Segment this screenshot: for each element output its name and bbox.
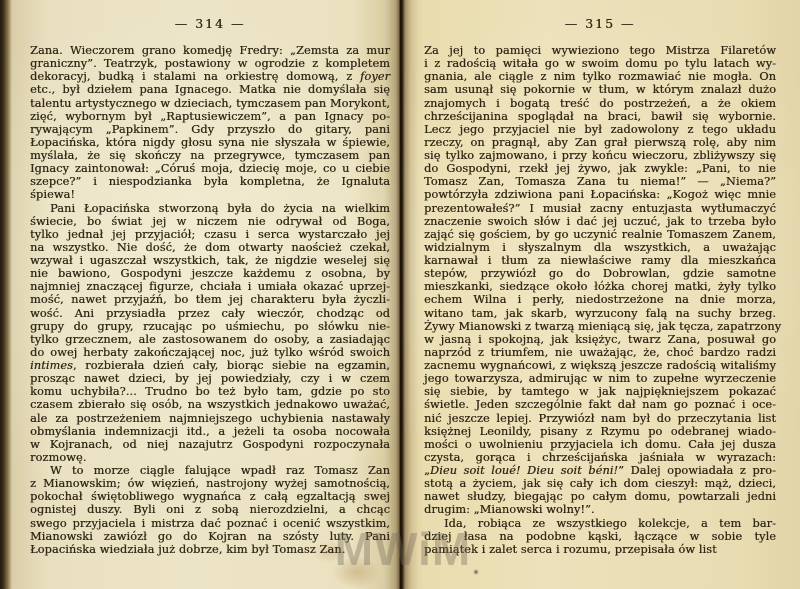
text-line: Żywy Mianowski z twarzą mieniącą się, ja… xyxy=(424,320,776,333)
text-line: rozmowę. xyxy=(30,451,390,464)
text-line: dekoracyj, budką i stalami na orkiestrę … xyxy=(30,70,390,83)
text-line: echem Wilna i perły, niedostrzeżone na d… xyxy=(424,293,776,306)
paragraph: Zana. Wieczorem grano komedję Fredry: „Z… xyxy=(30,44,390,202)
text-line: grupy do grupy, rzucając po uśmiechu, po… xyxy=(30,320,390,333)
text-line: powtórzyła zdziwiona pani Łopacińska: „K… xyxy=(424,188,776,201)
text-line: gnania, ale ciągle z nim tylko rozmawiać… xyxy=(424,70,776,83)
text-line: tylko grzecznem, ale zastosowanem do oso… xyxy=(30,333,390,346)
paragraph: Pani Łopacińska stworzoną była do życia … xyxy=(30,202,390,465)
text-line: prosząc nawet dzieci, by jej powiedziały… xyxy=(30,372,390,385)
text-line: nawet słudzy, biegając po całym domu, po… xyxy=(424,490,776,503)
text-line: szepce?” i niespodzianka była kompletna,… xyxy=(30,175,390,188)
text-line: Ida, robiąca ze wszystkiego kolekcje, a … xyxy=(424,517,776,530)
text-line: pokochał świętobliwego wygnańca z całą e… xyxy=(30,490,390,503)
text-line: dziej łasa na podobne kąski, łączące w s… xyxy=(424,530,776,543)
text-line: do owej herbaty zakończającej noc, już t… xyxy=(30,346,390,359)
text-line: wzywał i ugaszczał wszystkich, tak, że n… xyxy=(30,254,390,267)
text-line: rywającym „Papkinem”. Gdy przyszło do gi… xyxy=(30,123,390,136)
text-line: ale za postrzeżeniem najmniejszego uchyb… xyxy=(30,412,390,425)
text-line: w jasną i spokojną, jak księżyc, twarz Z… xyxy=(424,333,776,346)
text-line: Zana. Wieczorem grano komedję Fredry: „Z… xyxy=(30,44,390,57)
right-page-text: Za jej to pamięci wywieziono tego Mistrz… xyxy=(424,44,776,556)
right-page: — 315 — Za jej to pamięci wywieziono teg… xyxy=(424,16,776,556)
text-line: myślała, że się skończy na przegrywce, t… xyxy=(30,149,390,162)
book-scan: { "watermark": "MWiM", "italic_phrases":… xyxy=(0,0,800,589)
text-line: prezentowałeś?” I musiał zacny entuzjast… xyxy=(424,202,776,215)
text-line: chrześcijanina spoglądał na braci, bawił… xyxy=(424,110,776,123)
text-line: czysta, gorąca i chrześcijańska jaśniała… xyxy=(424,451,776,464)
text-line: intimes, rozbierała dzień cały, biorąc s… xyxy=(30,359,390,372)
text-line: widzialnym i słyszalnym dla wszystkich, … xyxy=(424,241,776,254)
left-page: — 314 — Zana. Wieczorem grano komedję Fr… xyxy=(30,16,390,556)
page-number-left: — 314 — xyxy=(30,16,390,31)
text-line: stepów, przywiózł go do Dobrowlan, gdzie… xyxy=(424,267,776,280)
text-line: sam usunął się pokornie w tłum, w którym… xyxy=(424,83,776,96)
text-line: na wszystko. Nie dość, że dom otwarty na… xyxy=(30,241,390,254)
text-line: talentu artystycznego w dzieciach, tymcz… xyxy=(30,97,390,110)
text-line: Mianowski zawiózł go do Kojran na szósty… xyxy=(30,530,390,543)
text-line: nie bawiono, Gospodyni jeszcze każdemu z… xyxy=(30,267,390,280)
text-line: mości o uwolnieniu przyjaciela ich domu.… xyxy=(424,438,776,451)
text-line: z Mianowskim; ów więzień, nastrojony wyż… xyxy=(30,477,390,490)
text-line: Za jej to pamięci wywieziono tego Mistrz… xyxy=(424,44,776,57)
text-line: wość. Ani przysiadła przez cały wieczór,… xyxy=(30,307,390,320)
text-line: pamiątek i zalet serca i rozumu, przepis… xyxy=(424,543,776,556)
text-line: Łopacińska wiedziała już dobrze, kim był… xyxy=(30,543,390,556)
left-page-text: Zana. Wieczorem grano komedję Fredry: „Z… xyxy=(30,44,390,556)
text-line: W to morze ciągle falujące wpadł raz Tom… xyxy=(30,464,390,477)
text-line: się siebie, by tamtego w jak najpiękniej… xyxy=(424,385,776,398)
text-line: zająć się gościem, by go uczynić realnie… xyxy=(424,228,776,241)
text-line: mość, nawet przyjaźń, bo tłem jej charak… xyxy=(30,293,390,306)
text-line: Tomasz Zan, Tomasza Zana tu niema!” — „N… xyxy=(424,175,776,188)
text-line: stotą a życiem, jak się cały ich dom cie… xyxy=(424,477,776,490)
text-line: naprzód z triumfem, nie uważając, że, ch… xyxy=(424,346,776,359)
text-line: i z radością witała go w swoim domu po t… xyxy=(424,57,776,70)
text-line: witano tam, jak skarb, wyrzucony falą na… xyxy=(424,307,776,320)
text-line: księżnej Leonildy, pisany z Rzymu po ode… xyxy=(424,425,776,438)
text-line: ognistej duszy. Byli oni z sobą nierozdz… xyxy=(30,503,390,516)
book-left-edge xyxy=(0,0,12,589)
text-line: mieszkanki, siedzące około łóżka chorej … xyxy=(424,280,776,293)
text-line: czasem zbierało się osób, na wszystkich … xyxy=(30,398,390,411)
text-line: tylko jednał jej przyjaciół; czasu i ser… xyxy=(30,228,390,241)
text-line: śpiewa! xyxy=(30,188,390,201)
paragraph: Ida, robiąca ze wszystkiego kolekcje, a … xyxy=(424,517,776,556)
page-number-right: — 315 — xyxy=(424,16,776,31)
text-line: zięć, wybornym był „Raptusiewiczem”, a p… xyxy=(30,110,390,123)
paragraph: Za jej to pamięci wywieziono tego Mistrz… xyxy=(424,44,776,517)
text-line: zacnemu wygnańcowi, z większą jeszcze ra… xyxy=(424,359,776,372)
text-line: obmyślania indemnizacji itd., a jeżeli t… xyxy=(30,425,390,438)
text-line: Łopacińska, która nigdy głosu syna nie s… xyxy=(30,136,390,149)
text-line: Lecz jego przyjaciel nie był zadowolony … xyxy=(424,123,776,136)
paragraph: W to morze ciągle falujące wpadł raz Tom… xyxy=(30,464,390,556)
text-line: Pani Łopacińska stworzoną była do życia … xyxy=(30,202,390,215)
text-line: rzeczy, on pragnął, aby Zan grał pierwsz… xyxy=(424,136,776,149)
text-line: drugim: „Mianowski wolny!”. xyxy=(424,503,776,516)
text-line: Ignacy zaintonował: „Córuś moja, dziecię… xyxy=(30,162,390,175)
text-line: etc., był dziełem pana Ignacego. Matka n… xyxy=(30,83,390,96)
text-line: jego towarzysza, admirując w nim to zupe… xyxy=(424,372,776,385)
text-line: znaczenie swoich słów i dać jej uczuć, j… xyxy=(424,215,776,228)
text-line: „Dieu soit loué! Dieu soit béni!” Dalej … xyxy=(424,464,776,477)
text-line: świecie, bo świat jej w niczem nie odryw… xyxy=(30,215,390,228)
text-line: się tylko zajmowano, i przy końcu wieczo… xyxy=(424,149,776,162)
text-line: graniczny”. Teatrzyk, postawiony w ogrod… xyxy=(30,57,390,70)
text-line: do Gospodyni, rzekł jej żywo, jak zwykle… xyxy=(424,162,776,175)
text-line: świetle. Jeden szczególnie fakt dał nam … xyxy=(424,398,776,411)
text-line: w Kojranach, od niej nazajutrz Gospodyni… xyxy=(30,438,390,451)
text-line: swego przyjaciela i mistrza dać poznać i… xyxy=(30,517,390,530)
text-line: nić jeszcze lepiej. Przywiózł nam był do… xyxy=(424,412,776,425)
text-line: karnawał i tłum za niewłaściwe ramy dla … xyxy=(424,254,776,267)
text-line: komu uchybiła?... Trudno bo też było tam… xyxy=(30,385,390,398)
text-line: znajomych i bogatą treść do postrzeżeń, … xyxy=(424,97,776,110)
text-line: najmniej znaczącej figurze, chciała i um… xyxy=(30,280,390,293)
